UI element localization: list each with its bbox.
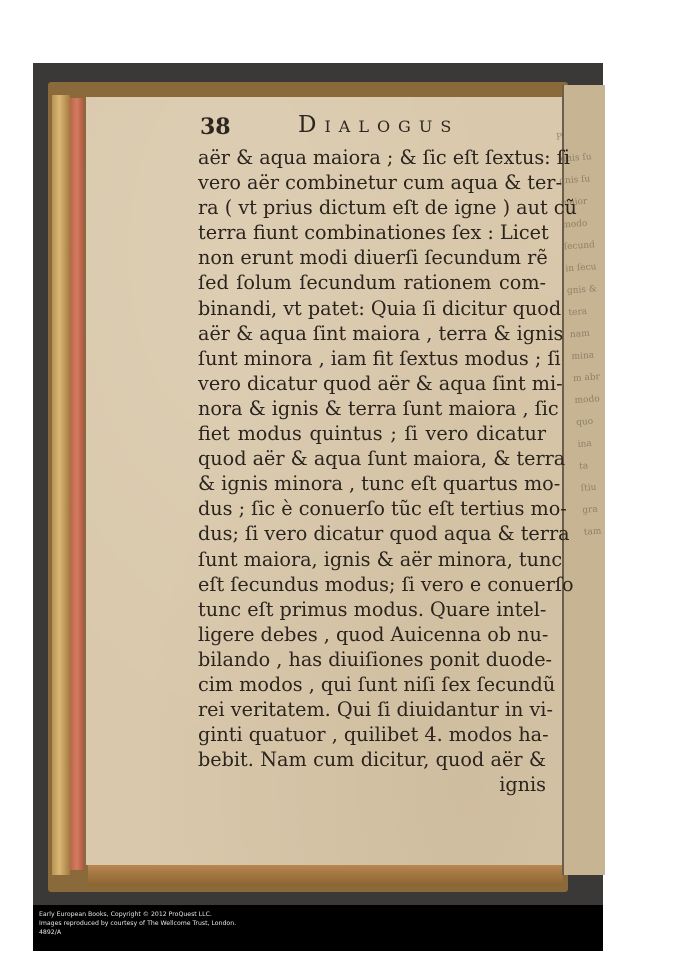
text-line: cim modos , qui ſunt niſi ſex ſecundũ: [198, 672, 546, 697]
facing-text-fragment: gnis &: [566, 278, 601, 302]
facing-text-fragment: gra: [582, 497, 617, 521]
facing-text-fragment: P: [555, 124, 590, 148]
text-line: ginti quatuor , quilibet 4. modos ha-: [198, 722, 546, 747]
text-line: binandi, vt patet: Quia ſi dicitur quod: [198, 296, 546, 321]
page-number: 38: [200, 114, 231, 140]
copyright-caption: Early European Books, Copyright © 2012 P…: [33, 905, 603, 951]
text-line: terra fiunt combinationes ſex : Licet: [198, 220, 546, 245]
text-line: ſunt maiora, ignis & aër minora, tunc: [198, 547, 546, 572]
caption-line-shelfmark: 4892/A: [39, 928, 603, 937]
page-body-text: aër & aqua maiora ; & ſic eſt ſextus: ſi…: [198, 145, 546, 797]
text-line: ra ( vt prius dictum eſt de igne ) aut c…: [198, 195, 546, 220]
caption-line-courtesy: Images reproduced by courtesy of The Wel…: [39, 919, 603, 928]
running-head: 38 Dialogus: [200, 112, 540, 142]
text-line: bebit. Nam cum dicitur, quod aër &: [198, 747, 546, 772]
text-line: rei veritatem. Qui ſi diuidantur in vi-: [198, 697, 546, 722]
text-line: ſunt minora , iam fit ſextus modus ; ſi: [198, 346, 546, 371]
facing-text-fragment: ſecund: [563, 234, 598, 258]
facing-text-fragment: tam: [583, 519, 618, 543]
facing-text-fragment: tera: [568, 300, 603, 324]
text-line: vero aër combinetur cum aqua & ter-: [198, 170, 546, 195]
text-line: eſt ſecundus modus; ſi vero e conuerſo: [198, 572, 546, 597]
text-line: dus ; ſic è conuerſo tũc eſt tertius mo-: [198, 496, 546, 521]
facing-text-fragment: ſtiu: [580, 475, 615, 499]
facing-text-fragment: quo: [575, 410, 610, 434]
text-line: ligere debes , quod Auicenna ob nu-: [198, 622, 546, 647]
text-line: bilando , has diuiſiones ponit duode-: [198, 647, 546, 672]
text-line: quod aër & aqua ſunt maiora, & terra: [198, 446, 546, 471]
facing-text-fragment: modo: [574, 388, 609, 412]
facing-text-fragment: nam: [569, 322, 604, 346]
text-line: vero dicatur quod aër & aqua ſint mi-: [198, 371, 546, 396]
text-line: fiet modus quintus ; ſi vero dicatur: [198, 421, 546, 446]
text-line: ſed ſolum ſecundum rationem com-: [198, 270, 546, 295]
facing-text-fragment: gnis ſu: [559, 168, 594, 192]
facing-page-text: Pignis ſugnis ſumaiormodoſecundin ſecugn…: [555, 124, 618, 543]
catchword: ignis: [198, 772, 546, 797]
text-line: tunc eſt primus modus. Quare intel-: [198, 597, 546, 622]
text-line: non erunt modi diuerſi ſecundum rẽ: [198, 245, 546, 270]
red-page-edge: [70, 98, 84, 870]
facing-text-fragment: m abr: [572, 366, 607, 390]
caption-line-copyright: Early European Books, Copyright © 2012 P…: [39, 910, 603, 919]
bottom-page-edge: [88, 862, 563, 886]
text-line: & ignis minora , tunc eſt quartus mo-: [198, 471, 546, 496]
facing-text-fragment: ina: [577, 432, 612, 456]
text-line: dus; ſi vero dicatur quod aqua & terra: [198, 521, 546, 546]
text-line: nora & ignis & terra ſunt maiora , ſic: [198, 396, 546, 421]
text-line: aër & aqua ſint maiora , terra & ignis: [198, 321, 546, 346]
facing-text-fragment: in ſecu: [565, 256, 600, 280]
gilt-page-edge: [52, 95, 70, 875]
facing-text-fragment: ta: [578, 454, 613, 478]
text-line: aër & aqua maiora ; & ſic eſt ſextus: ſi: [198, 145, 546, 170]
facing-text-fragment: mina: [571, 344, 606, 368]
running-title: Dialogus: [298, 112, 459, 138]
